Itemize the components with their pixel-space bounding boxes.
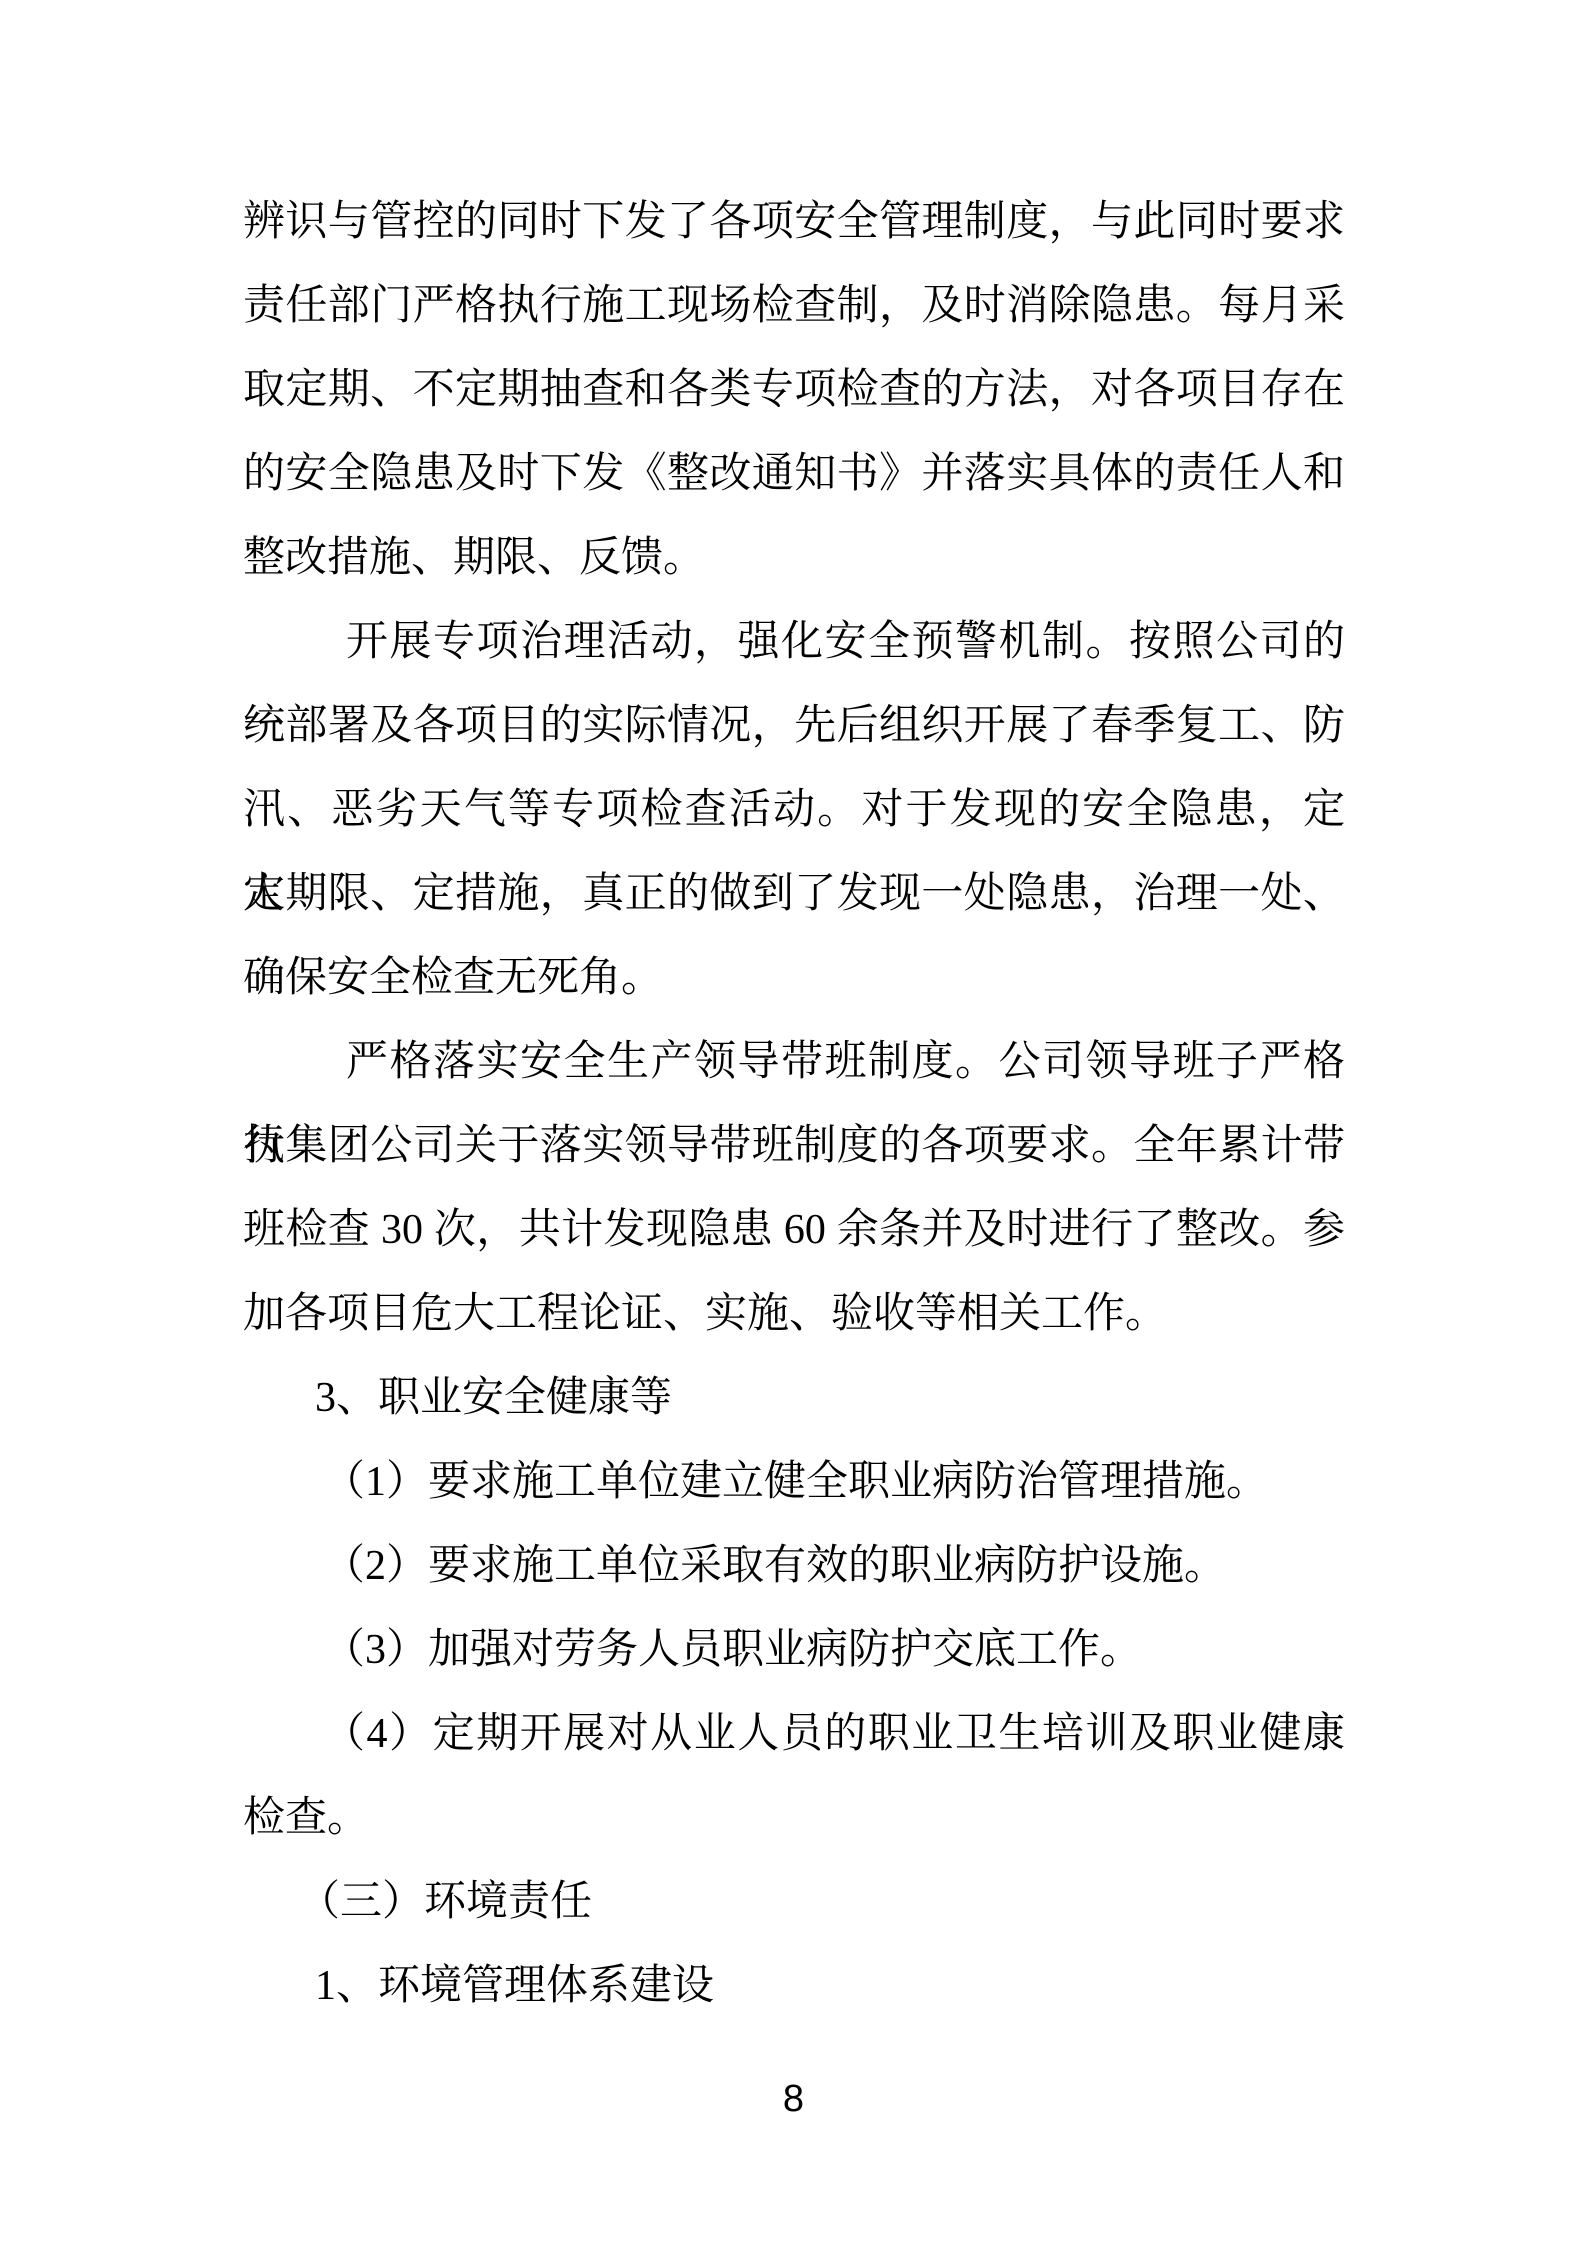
list-item: （4）定期开展对从业人员的职业卫生培训及职业健康 xyxy=(243,1692,1345,1776)
body-text-line: 的安全隐患及时下发《整改通知书》并落实具体的责任人和 xyxy=(243,432,1345,516)
body-text-line: 取定期、不定期抽查和各类专项检查的方法，对各项目存在 xyxy=(243,348,1345,432)
body-text-line: 责任部门严格执行施工现场检查制，及时消除隐患。每月采 xyxy=(243,264,1345,348)
list-item: （2）要求施工单位采取有效的职业病防护设施。 xyxy=(243,1524,1345,1608)
heading-environment-management: 1、环境管理体系建设 xyxy=(243,1944,1345,2028)
body-text-line: 检查。 xyxy=(243,1776,1345,1860)
body-text-line: 整改措施、期限、反馈。 xyxy=(243,516,1345,600)
heading-environment-responsibility: （三）环境责任 xyxy=(243,1860,1345,1944)
body-text-line: 开展专项治理活动，强化安全预警机制。按照公司的统 xyxy=(243,600,1345,684)
document-page: 辨识与管控的同时下发了各项安全管理制度，与此同时要求 责任部门严格执行施工现场检… xyxy=(0,0,1587,2245)
body-text-line: 辨识与管控的同时下发了各项安全管理制度，与此同时要求 xyxy=(243,180,1345,264)
body-text-line: 一部署及各项目的实际情况，先后组织开展了春季复工、防 xyxy=(243,684,1345,768)
body-text-line: 汛、恶劣天气等专项检查活动。对于发现的安全隐患，定人、 xyxy=(243,768,1345,852)
body-text-line: 加各项目危大工程论证、实施、验收等相关工作。 xyxy=(243,1272,1345,1356)
page-number: 8 xyxy=(0,2080,1587,2118)
list-item: （1）要求施工单位建立健全职业病防治管理措施。 xyxy=(243,1440,1345,1524)
body-text-line: 严格落实安全生产领导带班制度。公司领导班子严格执 xyxy=(243,1020,1345,1104)
list-item: （3）加强对劳务人员职业病防护交底工作。 xyxy=(243,1608,1345,1692)
body-text-line: 班检查 30 次，共计发现隐患 60 余条并及时进行了整改。参 xyxy=(243,1188,1345,1272)
document-text-block: 辨识与管控的同时下发了各项安全管理制度，与此同时要求 责任部门严格执行施工现场检… xyxy=(243,180,1345,2028)
body-text-line: 确保安全检查无死角。 xyxy=(243,936,1345,1020)
body-text-line: 定期限、定措施，真正的做到了发现一处隐患，治理一处、 xyxy=(243,852,1345,936)
heading-occupational-health: 3、职业安全健康等 xyxy=(243,1356,1345,1440)
body-text-line: 行集团公司关于落实领导带班制度的各项要求。全年累计带 xyxy=(243,1104,1345,1188)
